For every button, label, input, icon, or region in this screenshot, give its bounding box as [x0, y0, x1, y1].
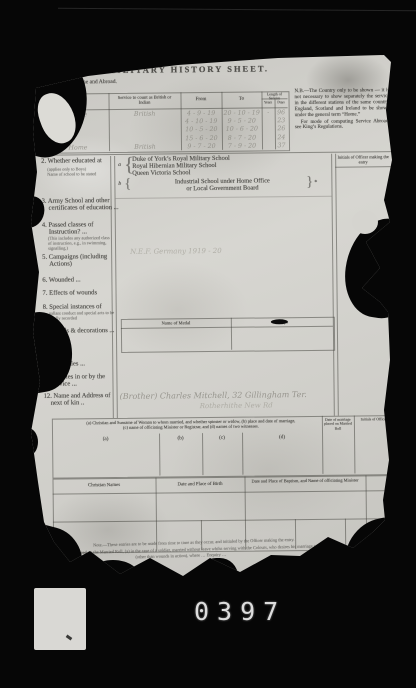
- service-cell-to: 10 - 6 - 20: [222, 126, 262, 133]
- service-cell-to: 9 - 5 - 20: [222, 118, 262, 125]
- next-of-kin-handwriting-2: Rotherhithe New Rd: [200, 401, 273, 410]
- tear-left-notch-2: [18, 428, 38, 456]
- film-marker: [34, 588, 86, 650]
- item-12-text: Name and Address of next of kin ..: [51, 392, 111, 407]
- service-cell-years: -: [262, 109, 275, 116]
- item-2-number: 2.: [41, 158, 46, 165]
- col-to: To: [221, 96, 261, 101]
- service-cell-service: [109, 122, 181, 123]
- service-cell-from: 15 - 6 - 20: [181, 135, 222, 142]
- service-cell-service: British: [109, 144, 181, 152]
- item-7-number: 7.: [43, 290, 48, 297]
- campaigns-entry-handwriting: N.E.F. Germany 1919 - 20: [130, 247, 222, 256]
- tear-bottom-3: [296, 562, 368, 606]
- officer-header-underline: [335, 166, 391, 168]
- service-cell-from: 10 - 5 - 20: [181, 126, 222, 133]
- schools-brace-b: {: [124, 177, 131, 193]
- service-cell-days: 26: [275, 126, 288, 133]
- item-12-label: 12. Name and Address of next of kin ..: [44, 392, 121, 408]
- next-of-kin-handwriting-1: (Brother) Charles Mitchell, 32 Gillingha…: [120, 390, 307, 401]
- col-length: Length of Service: [261, 92, 287, 100]
- tear-bottom-1: [83, 560, 143, 604]
- marriage-col-roll: Date of marriage placed on Married Roll: [323, 418, 353, 431]
- item-5-text: Campaigns (including Actions): [49, 253, 107, 268]
- document-sheet: MILITARY HISTORY SHEET. 1. Service at Ho…: [28, 50, 394, 590]
- page-title: MILITARY HISTORY SHEET.: [88, 63, 288, 75]
- service-cell-from: 4 - 10 - 19: [181, 118, 222, 125]
- col-years: Years: [262, 100, 275, 104]
- schools-list-b: Industrial School under Home Office or L…: [132, 177, 312, 193]
- officer-column-rule: [335, 154, 339, 416]
- col-from: From: [180, 97, 221, 102]
- service-cell-service: [109, 130, 181, 131]
- item-2-note-2: Name of school to be stated: [47, 172, 113, 178]
- microfilm-scan: MILITARY HISTORY SHEET. 1. Service at Ho…: [0, 0, 416, 688]
- schools-marker-b: b: [118, 181, 121, 187]
- school-a-line: Queen Victoria School: [132, 168, 322, 177]
- service-cell-days: 23: [275, 117, 288, 124]
- item-4-note: (This includes any authorized class of i…: [48, 236, 114, 251]
- children-col-names: Christian Names: [53, 483, 156, 489]
- form-content: MILITARY HISTORY SHEET. 1. Service at Ho…: [28, 48, 400, 592]
- schools-footmark: *: [314, 180, 317, 186]
- item-4-number: 4.: [42, 222, 47, 229]
- nb-note-paragraph-2: For mode of computing Service Abroad, se…: [295, 119, 390, 132]
- col-days: Days: [275, 100, 288, 104]
- item-5-number: 5.: [42, 254, 47, 261]
- item-4-text: Passed classes of Instruction? ...: [48, 221, 93, 236]
- item-7-text: Effects of wounds: [49, 289, 97, 297]
- marriage-col-a: (a): [52, 436, 159, 443]
- film-marker-mark: [66, 635, 73, 641]
- marriage-col-b: (b): [159, 435, 202, 441]
- service-cell-days: 37: [275, 142, 288, 149]
- nb-note: N.B.—The Country only to be shown — it i…: [294, 88, 389, 131]
- item-5-label: 5. Campaigns (including Actions): [42, 253, 119, 269]
- torn-edge-curl-right: [352, 210, 378, 234]
- service-cell-days: 96: [275, 109, 288, 116]
- marriage-col-c: (c): [202, 435, 242, 441]
- item-2-text: Whether educated at: [48, 157, 102, 165]
- school-b-line: or Local Government Board: [132, 184, 312, 193]
- col-service: Service to count as British or Indian: [111, 94, 177, 105]
- film-scratch-line: [58, 8, 416, 11]
- entry-column-rule: [331, 154, 335, 416]
- item-7-label: 7. Effects of wounds: [43, 289, 120, 297]
- frame-counter: 0397: [194, 597, 286, 626]
- marriage-col-initials: Initials of Officer: [355, 417, 393, 422]
- item-2-label: 2. Whether educated at: [41, 157, 118, 165]
- service-cell-to: 7 - 9 - 20: [222, 143, 262, 150]
- officer-column-header: Initials of Officer making the entry: [336, 154, 390, 165]
- service-cell-service: [109, 139, 181, 140]
- schools-brace-close: }: [306, 175, 313, 191]
- service-cell-to: 8 - 7 - 20: [222, 134, 262, 141]
- item-6-number: 6.: [42, 277, 47, 284]
- schools-list-a: Duke of York’s Royal Military School Roy…: [132, 154, 322, 178]
- marriage-col-d: (d): [242, 434, 322, 441]
- service-cell-days: 24: [275, 134, 288, 141]
- schools-underline: [116, 196, 332, 199]
- nb-note-paragraph-1: N.B.—The Country only to be shown — it i…: [294, 88, 389, 119]
- item-6-text: Wounded ...: [49, 276, 81, 283]
- service-cell-from: 9 - 7 - 20: [181, 143, 222, 150]
- children-col-birth: Date and Place of Birth: [156, 482, 245, 488]
- service-cell-to: 20 - 10 - 19: [222, 109, 262, 116]
- item-3-text: Army School and other certificates of ed…: [48, 197, 119, 212]
- service-cell-from: 4 - 9 - 19: [181, 110, 222, 117]
- service-cell-service: British: [109, 110, 181, 118]
- item-8-number: 8.: [43, 304, 48, 311]
- tear-bottom-2: [198, 558, 238, 598]
- item-3-label: 3. Army School and other certificates of…: [42, 197, 119, 213]
- item-6-label: 6. Wounded ...: [42, 276, 119, 284]
- schools-marker-a: a: [118, 162, 121, 168]
